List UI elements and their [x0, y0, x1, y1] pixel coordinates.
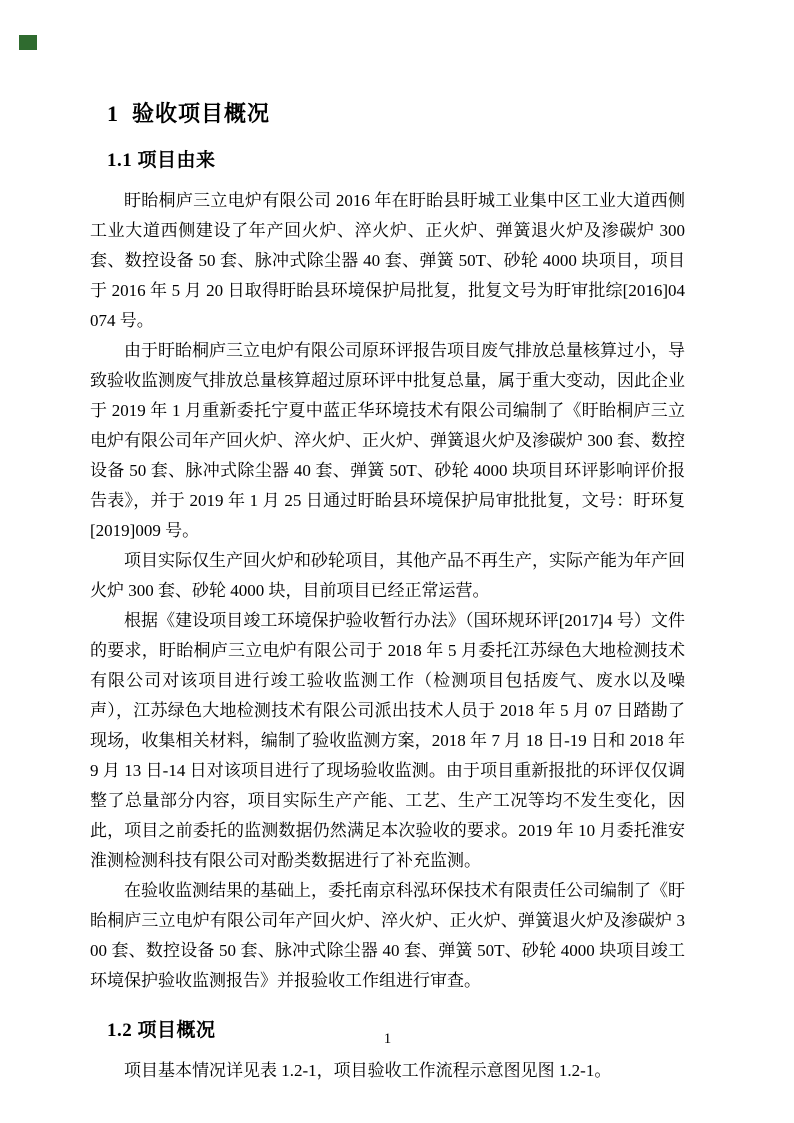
document-page: 1 验收项目概况 1.1 项目由来 盱眙桐庐三立电炉有限公司 2016 年在盱眙… — [0, 0, 794, 1123]
paragraph: 由于盱眙桐庐三立电炉有限公司原环评报告项目废气排放总量核算过小，导致验收监测废气… — [90, 336, 685, 546]
green-corner-mark — [19, 35, 37, 50]
document-body: 1 验收项目概况 1.1 项目由来 盱眙桐庐三立电炉有限公司 2016 年在盱眙… — [90, 0, 685, 1086]
paragraph: 在验收监测结果的基础上，委托南京科泓环保技术有限责任公司编制了《盱眙桐庐三立电炉… — [90, 876, 685, 996]
paragraph: 项目实际仅生产回火炉和砂轮项目，其他产品不再生产，实际产能为年产回火炉 300 … — [90, 546, 685, 606]
chapter-heading: 1 验收项目概况 — [107, 101, 685, 126]
paragraph: 根据《建设项目竣工环境保护验收暂行办法》（国环规环评[2017]4 号）文件的要… — [90, 606, 685, 876]
paragraph: 项目基本情况详见表 1.2-1，项目验收工作流程示意图见图 1.2-1。 — [90, 1056, 685, 1086]
page-number: 1 — [90, 1030, 685, 1048]
section-heading-1-1: 1.1 项目由来 — [107, 150, 685, 172]
paragraph: 盱眙桐庐三立电炉有限公司 2016 年在盱眙县盱城工业集中区工业大道西侧工业大道… — [90, 186, 685, 336]
